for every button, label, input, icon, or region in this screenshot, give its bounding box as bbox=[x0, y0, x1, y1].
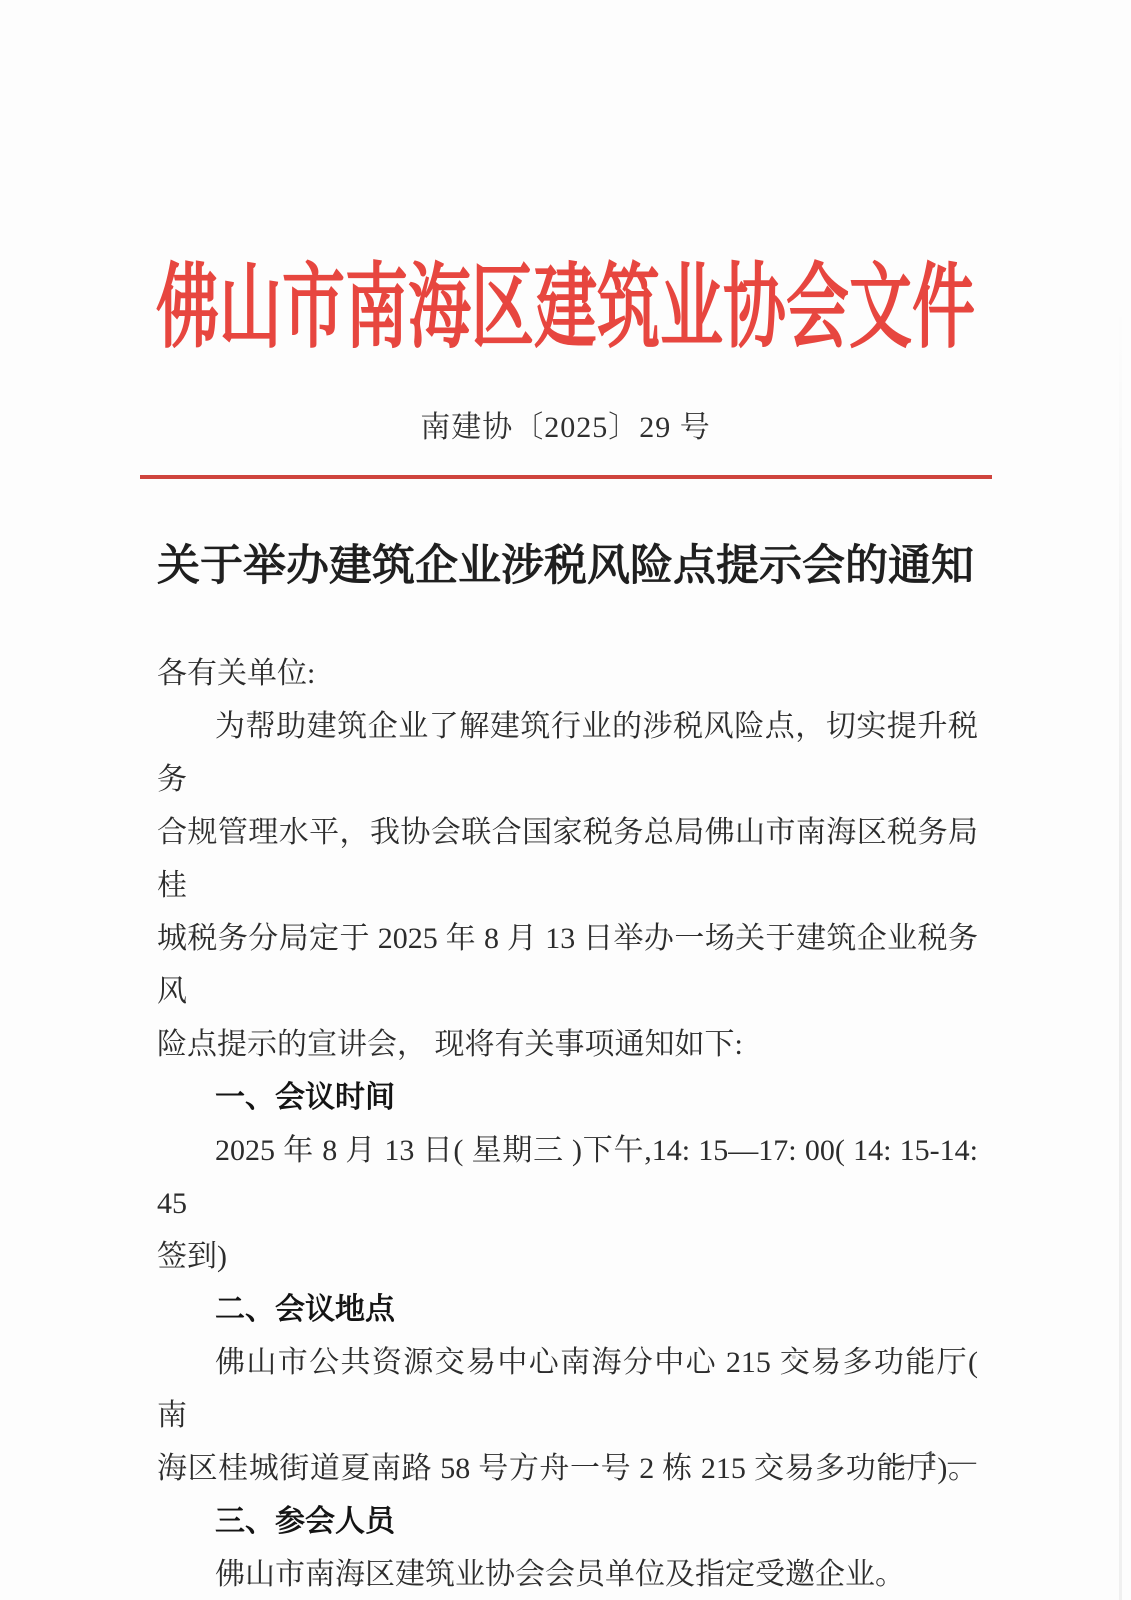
body-line: 2025 年 8 月 13 日( 星期三 )下午,14: 15—17: 00( … bbox=[157, 1124, 978, 1230]
document-page: 佛山市南海区建筑业协会文件 南建协〔2025〕29 号 关于举办建筑企业涉税风险… bbox=[0, 0, 1131, 1600]
scan-artifact-dot bbox=[792, 1355, 796, 1359]
scan-edge-shadow bbox=[1119, 300, 1122, 1600]
section-heading-meeting-place: 二、会议地点 bbox=[157, 1283, 978, 1336]
body-line: 签到) bbox=[157, 1230, 978, 1283]
letterhead-title: 佛山市南海区建筑业协会文件 bbox=[0, 233, 1131, 367]
body-line: 险点提示的宣讲会， 现将有关事项通知如下: bbox=[157, 1018, 978, 1071]
body-line: 佛山市南海区建筑业协会会员单位及指定受邀企业。 bbox=[157, 1548, 978, 1600]
page-number: — 1 — bbox=[884, 1446, 978, 1478]
document-body: 各有关单位: 为帮助建筑企业了解建筑行业的涉税风险点，切实提升税务 合规管理水平… bbox=[157, 647, 978, 1600]
section-heading-attendees: 三、参会人员 bbox=[157, 1495, 978, 1548]
red-separator-rule bbox=[140, 475, 992, 479]
body-line: 城税务分局定于 2025 年 8 月 13 日举办一场关于建筑企业税务风 bbox=[157, 912, 978, 1018]
body-line: 为帮助建筑企业了解建筑行业的涉税风险点，切实提升税务 bbox=[157, 700, 978, 806]
body-line: 佛山市公共资源交易中心南海分中心 215 交易多功能厅( 南 bbox=[157, 1336, 978, 1442]
document-number: 南建协〔2025〕29 号 bbox=[0, 402, 1131, 446]
document-title: 关于举办建筑企业涉税风险点提示会的通知 bbox=[0, 532, 1131, 593]
body-line: 合规管理水平，我协会联合国家税务总局佛山市南海区税务局桂 bbox=[157, 806, 978, 912]
salutation: 各有关单位: bbox=[157, 647, 978, 700]
body-line: 海区桂城街道夏南路 58 号方舟一号 2 栋 215 交易多功能厅)。 bbox=[157, 1442, 978, 1495]
section-heading-meeting-time: 一、会议时间 bbox=[157, 1071, 978, 1124]
